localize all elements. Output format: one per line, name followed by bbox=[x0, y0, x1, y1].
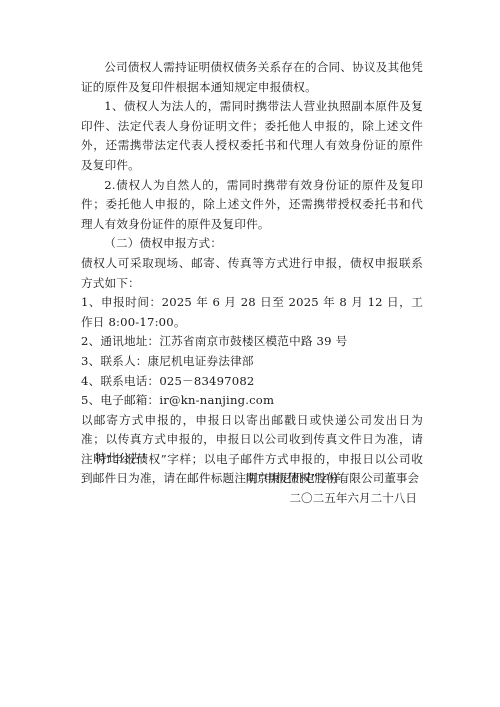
signature-date: 二〇二五年六月二十八日 bbox=[245, 489, 419, 509]
list-item-declaration-time: 1、申报时间：2025 年 6 月 28 日至 2025 年 8 月 12 日，… bbox=[81, 293, 423, 332]
document-body: 公司债权人需持证明债权债务关系存在的合同、协议及其他凭证的原件及复印件根据本通知… bbox=[81, 58, 423, 489]
list-item-mailing-address: 2、通讯地址：江苏省南京市鼓楼区模范中路 39 号 bbox=[81, 332, 423, 352]
closing-statement: 特此公告！ bbox=[95, 449, 153, 469]
list-item-contact-phone: 4、联系电话：025－83497082 bbox=[81, 372, 423, 392]
section-heading-declaration-methods: （二）债权申报方式： bbox=[81, 234, 423, 254]
paragraph-natural-person-requirements: 2.债权人为自然人的，需同时携带有效身份证的原件及复印件；委托他人申报的，除上述… bbox=[81, 176, 423, 235]
list-item-email: 5、电子邮箱：ir@kn-nanjing.com bbox=[81, 391, 423, 411]
paragraph-declaration-methods: 债权人可采取现场、邮寄、传真等方式进行申报，债权申报联系方式如下： bbox=[81, 254, 423, 293]
document-page: 公司债权人需持证明债权债务关系存在的合同、协议及其他凭证的原件及复印件根据本通知… bbox=[0, 0, 500, 707]
signature-company: 南京康尼机电股份有限公司董事会 bbox=[245, 469, 419, 489]
paragraph-legal-person-requirements: 1、债权人为法人的，需同时携带法人营业执照副本原件及复印件、法定代表人身份证明文… bbox=[81, 97, 423, 175]
list-item-contact-person: 3、联系人：康尼机电证券法律部 bbox=[81, 352, 423, 372]
paragraph-intro: 公司债权人需持证明债权债务关系存在的合同、协议及其他凭证的原件及复印件根据本通知… bbox=[81, 58, 423, 97]
signature-block: 南京康尼机电股份有限公司董事会 二〇二五年六月二十八日 bbox=[245, 469, 419, 508]
